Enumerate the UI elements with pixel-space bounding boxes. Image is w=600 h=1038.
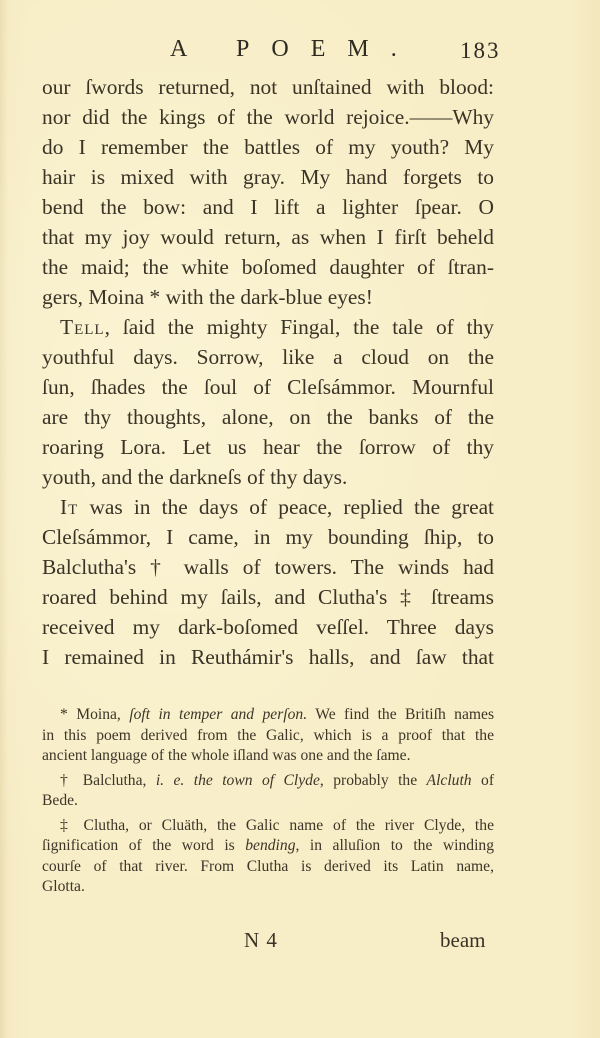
footnote-mark: † <box>60 772 83 789</box>
running-head: A POEM. 183 <box>0 36 600 66</box>
page-footer: N 4 beam <box>0 928 600 958</box>
text-line: I remained in Reuthámir's halls, and ſaw… <box>42 642 494 672</box>
text-line: our ſwords returned, not unſtained with … <box>42 72 494 102</box>
page-number: 183 <box>460 38 501 64</box>
text-line: youthful days. Sorrow, like a cloud on t… <box>42 342 494 372</box>
text-fragment: We find the Britiſh names <box>307 706 494 723</box>
small-caps-lead: It <box>60 495 78 519</box>
text-fragment: of <box>472 772 494 789</box>
footnote-mark: ‡ <box>60 817 84 834</box>
small-caps-lead: Tell <box>60 315 105 339</box>
text-fragment: was in the days of peace, replied the gr… <box>78 495 494 519</box>
text-fragment: , probably the <box>320 772 427 789</box>
italic-fragment: i. e. <box>156 772 194 789</box>
footnote-clutha: ‡ Clutha, or Cluäth, the Galic name of t… <box>42 816 494 898</box>
italic-fragment: bending <box>245 837 295 854</box>
footnote-line: ſignification of the word is bending, in… <box>42 836 494 857</box>
footnote-line: † Balclutha, i. e. the town of Clyde, pr… <box>42 771 494 792</box>
text-line: nor did the kings of the world rejoice.—… <box>42 102 494 132</box>
paragraph-first-line: Tell, ſaid the mighty Fingal, the tale o… <box>42 312 494 342</box>
footnote-line: Glotta. <box>42 877 494 898</box>
text-line: are thy thoughts, alone, on the banks of… <box>42 402 494 432</box>
text-fragment: Balclutha, <box>83 772 156 789</box>
text-line: roared behind my ſails, and Clutha's ‡ ſ… <box>42 582 494 612</box>
text-line: that my joy would return, as when I firſ… <box>42 222 494 252</box>
footnote-line: ancient language of the whole iſland was… <box>42 746 494 767</box>
paragraph-first-line: It was in the days of peace, replied the… <box>42 492 494 522</box>
text-fragment: Clutha, or Cluäth, the Galic name of the… <box>84 817 494 834</box>
text-line: youth, and the darkneſs of thy days. <box>42 462 494 492</box>
italic-fragment: Alcluth <box>427 772 472 789</box>
text-line: Cleſsámmor, I came, in my bounding ſhip,… <box>42 522 494 552</box>
footnote-line: courſe of that river. From Clutha is der… <box>42 857 494 878</box>
text-line: bend the bow: and I lift a lighter ſpear… <box>42 192 494 222</box>
footnote-line: ‡ Clutha, or Cluäth, the Galic name of t… <box>42 816 494 837</box>
footnote-mark: * <box>60 706 76 723</box>
text-line: gers, Moina * with the dark-blue eyes! <box>42 282 494 312</box>
text-line: Balclutha's † walls of towers. The winds… <box>42 552 494 582</box>
text-fragment: ſignification of the word is <box>42 837 245 854</box>
running-title: A POEM. <box>170 36 419 63</box>
italic-fragment: the town of Clyde <box>194 772 320 789</box>
text-line: ſun, ſhades the ſoul of Cleſsámmor. Mour… <box>42 372 494 402</box>
body-text: our ſwords returned, not unſtained with … <box>42 72 494 672</box>
text-fragment: , in alluſion to the winding <box>296 837 495 854</box>
text-line: received my dark-boſomed veſſel. Three d… <box>42 612 494 642</box>
text-line: hair is mixed with gray. My hand forgets… <box>42 162 494 192</box>
book-page: A POEM. 183 our ſwords returned, not unſ… <box>0 0 600 1038</box>
footnotes: * Moina, ſoft in temper and perſon. We f… <box>42 705 494 902</box>
text-line: the maid; the white boſomed daughter of … <box>42 252 494 282</box>
text-line: do I remember the battles of my youth? M… <box>42 132 494 162</box>
text-fragment: Moina, <box>76 706 129 723</box>
italic-fragment: ſoft in temper and perſon. <box>129 706 307 723</box>
signature-mark: N 4 <box>244 928 278 953</box>
footnote-moina: * Moina, ſoft in temper and perſon. We f… <box>42 705 494 767</box>
catchword: beam <box>440 928 485 953</box>
footnote-line: in this poem derived from the Galic, whi… <box>42 726 494 747</box>
text-line: roaring Lora. Let us hear the ſorrow of … <box>42 432 494 462</box>
footnote-balclutha: † Balclutha, i. e. the town of Clyde, pr… <box>42 771 494 812</box>
footnote-line: * Moina, ſoft in temper and perſon. We f… <box>42 705 494 726</box>
text-fragment: , ſaid the mighty Fingal, the tale of th… <box>105 315 494 339</box>
footnote-line: Bede. <box>42 791 494 812</box>
